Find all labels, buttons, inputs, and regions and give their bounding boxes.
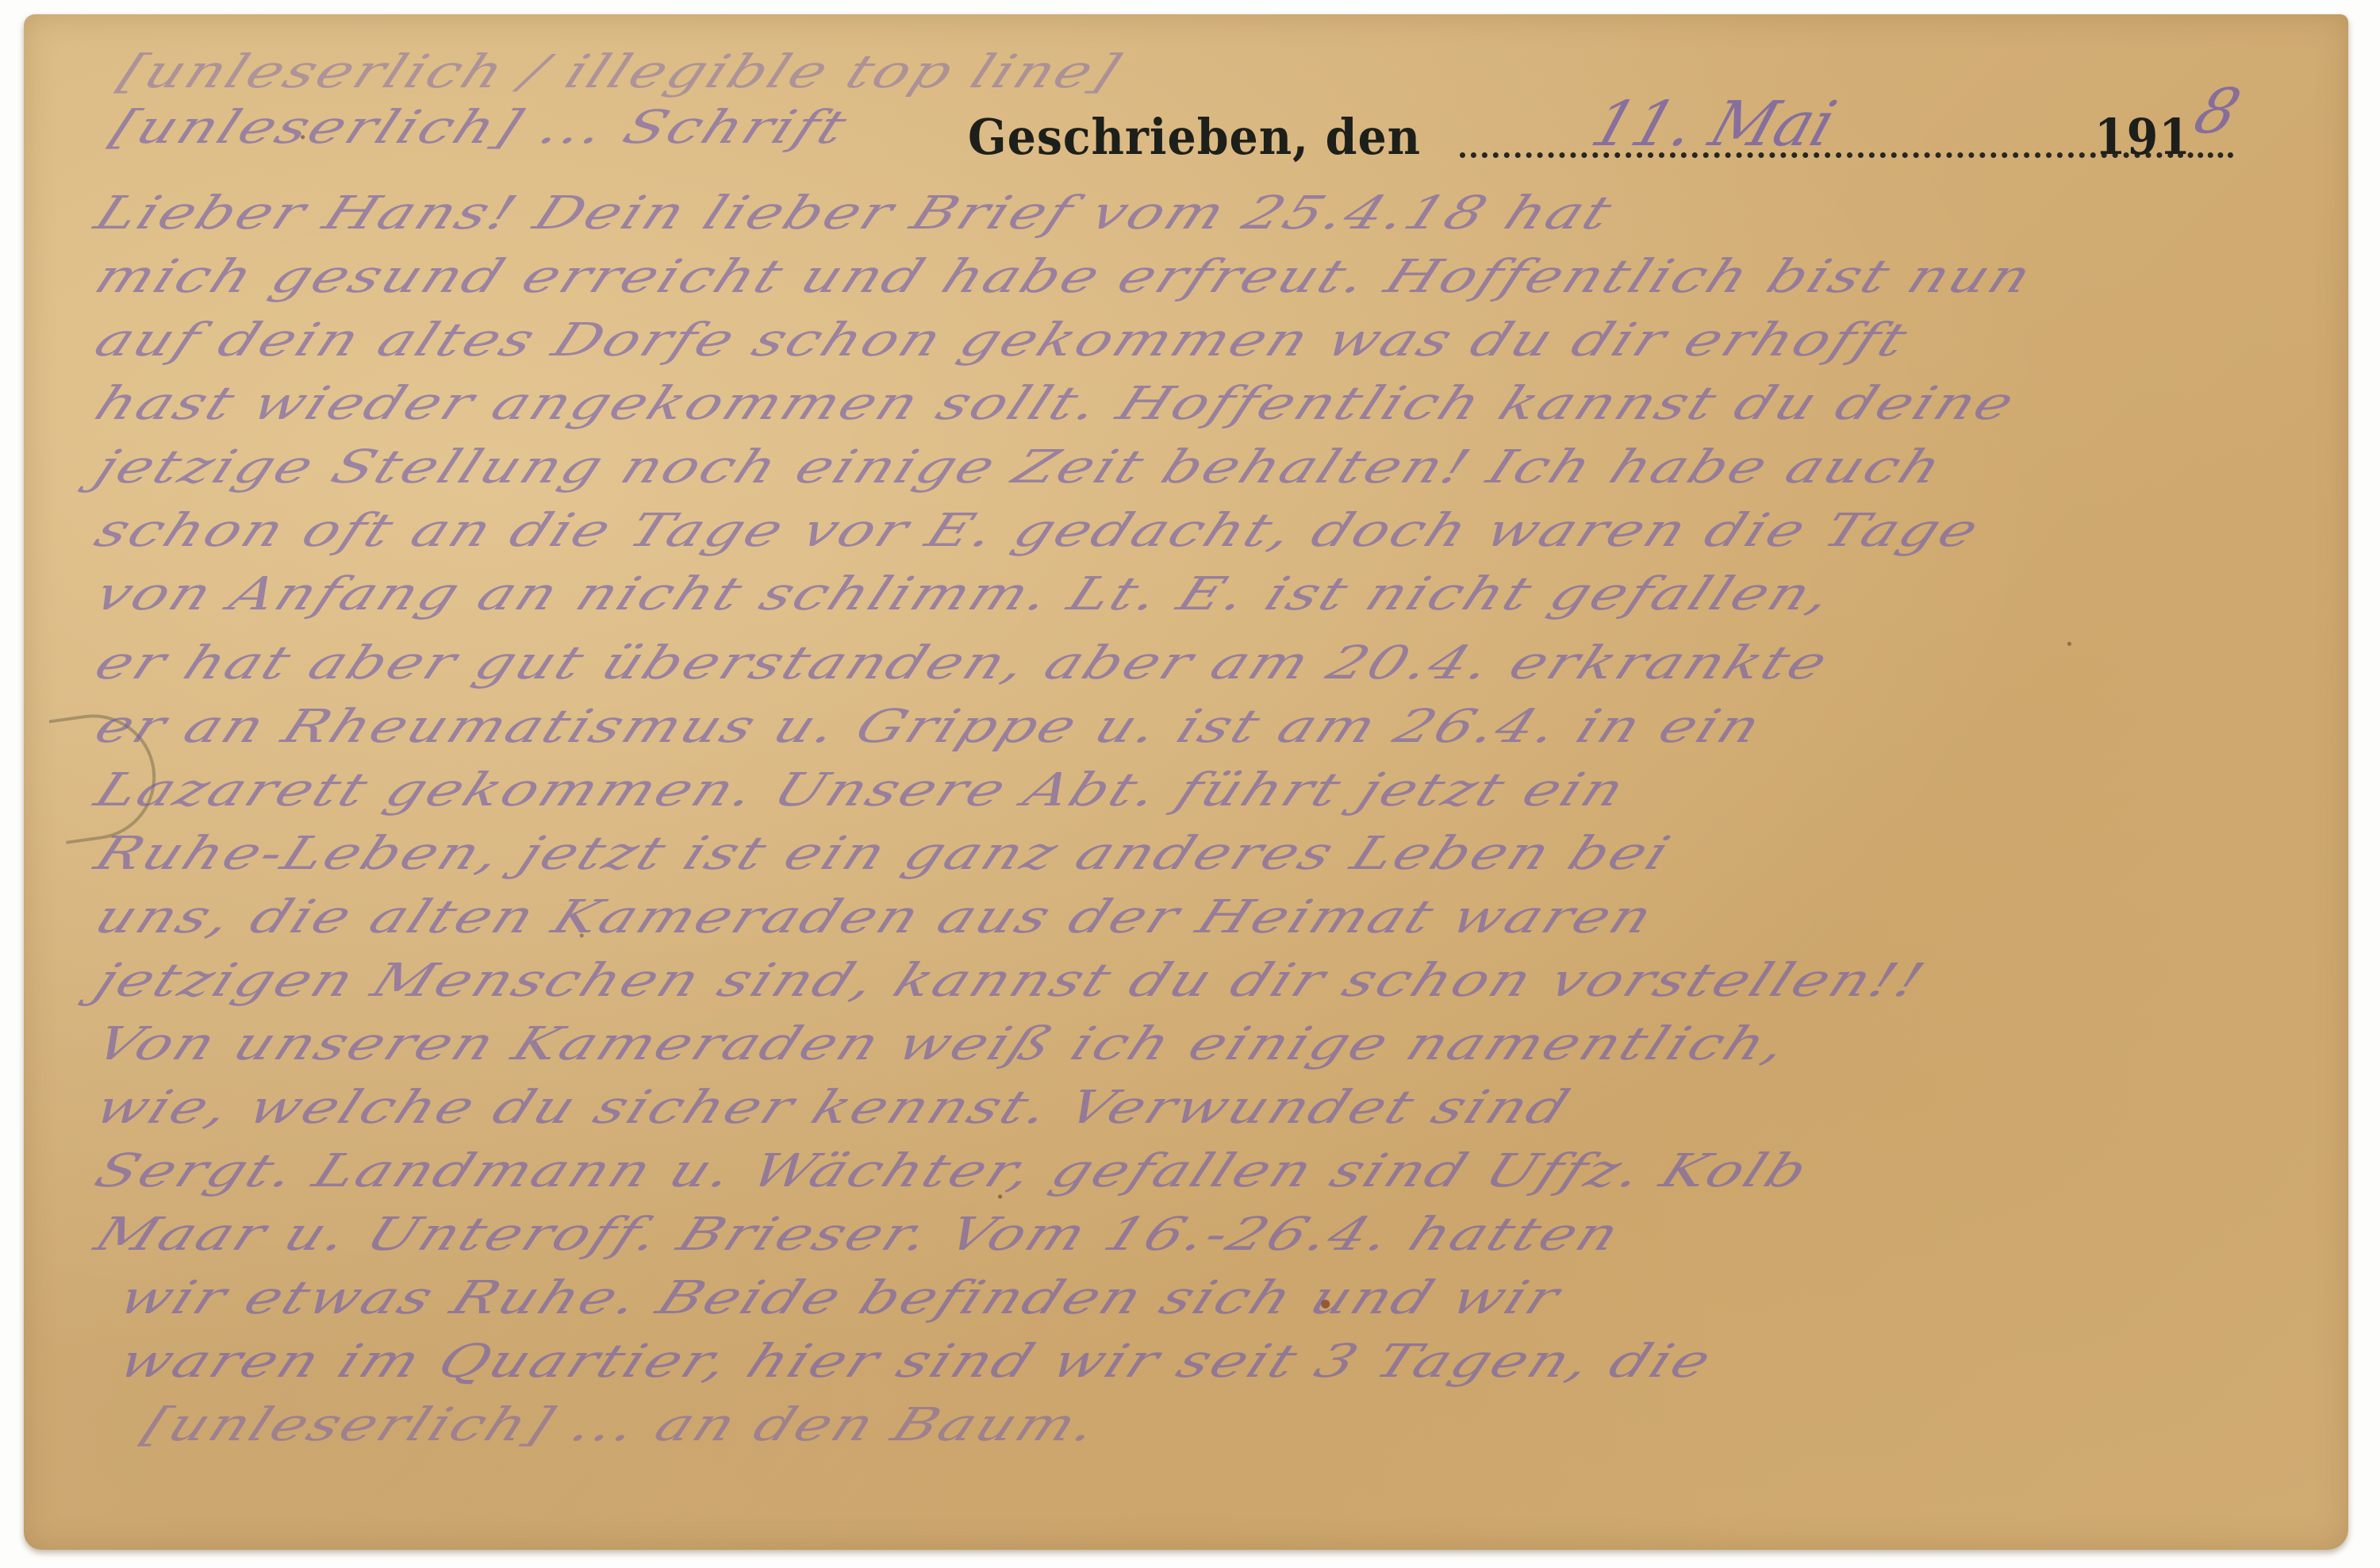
letter-line: Sergt. Landmann u. Wächter, gefallen sin… [87, 1144, 1818, 1197]
letter-line: hast wieder angekommen sollt. Hoffentlic… [87, 377, 2025, 430]
letter-line: waren im Quartier, hier sind wir seit 3 … [111, 1335, 1721, 1388]
letter-line: Maar u. Unteroff. Brieser. Vom 16.-26.4.… [87, 1208, 1630, 1261]
letter-line: wie, welche du sicher kennst. Verwundet … [87, 1081, 1579, 1134]
handwritten-letter: [unleserlich / illegible top line] [unle… [87, 30, 2356, 1538]
letter-line: schon oft an die Tage vor E. gedacht, do… [87, 504, 1989, 557]
letter-line: [unleserlich] ... an den Baum. [135, 1398, 1107, 1451]
letter-line: auf dein altes Dorfe schon gekommen was … [87, 313, 1917, 367]
letter-line: uns, die alten Kameraden aus der Heimat … [87, 890, 1663, 943]
letter-line: jetzige Stellung noch einige Zeit behalt… [87, 440, 1952, 494]
letter-line: Lazarett gekommen. Unsere Abt. führt jet… [87, 763, 1634, 817]
letter-line: er hat aber gut überstanden, aber am 20.… [87, 636, 1837, 690]
postcard: Geschrieben, den 11. Mai 191 8 [unleserl… [24, 14, 2348, 1550]
letter-line: von Anfang an nicht schlimm. Lt. E. ist … [87, 567, 1842, 621]
letter-line: mich gesund erreicht und habe erfreut. H… [87, 250, 2041, 303]
letter-line: [unleserlich] ... Schrift [103, 101, 857, 154]
letter-line: Von unseren Kameraden weiß ich einige na… [87, 1017, 1798, 1070]
letter-line: jetzigen Menschen sind, kannst du dir sc… [87, 954, 1934, 1007]
letter-line: er an Rheumatismus u. Grippe u. ist am 2… [87, 700, 1771, 753]
letter-line: [unleserlich / illegible top line] [111, 45, 1129, 98]
letter-line: wir etwas Ruhe. Beide befinden sich und … [111, 1271, 1569, 1324]
letter-line: Lieber Hans! Dein lieber Brief vom 25.4.… [87, 186, 1622, 240]
letter-line: Ruhe-Leben, jetzt ist ein ganz anderes L… [87, 827, 1679, 880]
